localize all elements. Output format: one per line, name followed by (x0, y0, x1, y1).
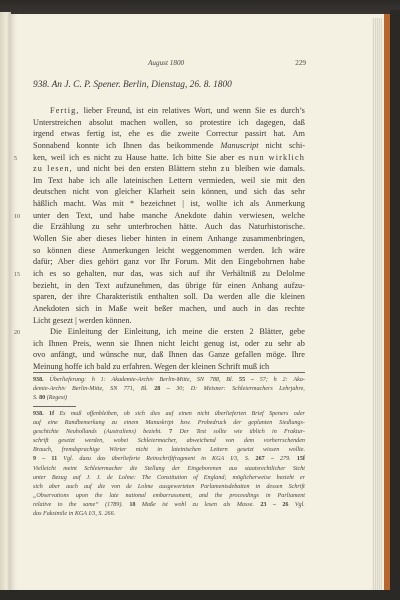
text-line: deutschennichtvongleicherKlarheitseinkön… (33, 186, 305, 198)
text-line: 20DieEinleitungderEinleitung,ichmeinedie… (33, 326, 305, 338)
text-line: ImTexthabeichallelateinischenLetternverm… (33, 175, 305, 187)
transmission-note: 938.Überlieferung:h1:Akademie-ArchivBerl… (33, 376, 305, 403)
text-line: ovoanfängt,undwünschenur,daßIhnendasGanz… (33, 349, 305, 361)
apparatus-divider (33, 372, 305, 373)
note-line: S. 80 (Regest) (33, 394, 305, 403)
text-line: SonnabendkonnteichIhnendasbeikommendeMan… (33, 140, 305, 152)
note-line: relativetothesame“(1789).18Maßeistwohlzu… (33, 501, 305, 510)
line-number: 10 (14, 212, 20, 224)
text-line: Licht gesezt | werden können. (33, 315, 305, 327)
note-line: VielleichtmeintSchleiermacherdieStellung… (33, 465, 305, 474)
text-line: 10unterdenText,undhabemancheAnekdotedahi… (33, 210, 305, 222)
text-line: 15ichessogehalten,nurdas,wassichaufihrVe… (33, 268, 305, 280)
note-line: Brauch,fremdsprachigeWörternichtinlatein… (33, 446, 305, 455)
note-line: sichaberauchaufdievondeLolmeausgewertete… (33, 483, 305, 492)
note-line: schriftgesetztwerden,wobeiSchleiermacher… (33, 437, 305, 446)
text-line: ichIhnenPreis,wennsieIhnennichtleichtgen… (33, 338, 305, 350)
line-number: 5 (14, 154, 17, 166)
text-line: sokönnendieseAnmerkungenleichtweggenomme… (33, 245, 305, 257)
background-right (390, 10, 400, 590)
text-line: Meinung hoffe ich bald zu erfahren. Wege… (33, 361, 305, 373)
note-line: unterBezugaufJ.J.deLolme:TheConstitution… (33, 474, 305, 483)
text-line: zulesen,undnichtbeidenerstenBlätternsteh… (33, 163, 305, 175)
note-line: geschichteNeuhollands(Australiens)bezieh… (33, 428, 305, 437)
note-line: 938.Überlieferung:h1:Akademie-ArchivBerl… (33, 376, 305, 385)
text-line: WollenSieaberdieseslieberhintenineinemAn… (33, 233, 305, 245)
commentary-notes: 938.1fEsmußoffenbleiben,obsichdiesaufein… (33, 410, 305, 519)
note-line: 9–11Vgl.dazudasüberlieferteReinschriftfr… (33, 455, 305, 464)
bottom-background (0, 590, 400, 600)
line-number: 15 (14, 270, 20, 282)
text-line: bezieht,indenTextaufzunehmen,dasübrigefü… (33, 280, 305, 292)
text-line: dieErzählungzusehrunterbrochenhätte.Auch… (33, 221, 305, 233)
text-line: Fertig,lieberFreund,isteinrelativesWort,… (33, 105, 305, 117)
text-line: häßlichmacht.Wasmit*bezeichnet|ist,wollt… (33, 198, 305, 210)
commentary-divider (33, 406, 76, 407)
letter-title: 938. An J. C. P. Spener. Berlin, Diensta… (33, 80, 323, 90)
text-line: irgendetwasfertigist,eheesdiezweiteCorre… (33, 128, 305, 140)
running-head-title: August 1800 (148, 59, 184, 67)
text-line: Unterstreichenabsolutmachenwollen,soprot… (33, 117, 305, 129)
note-line: aufeineRandbemerkungzueinemManuskriptbzw… (33, 419, 305, 428)
line-number: 20 (14, 328, 20, 340)
note-line: demie-ArchivBerlin-Mitte,SN771,Bl.28–30;… (33, 385, 305, 394)
note-line: 938.1fEsmußoffenbleiben,obsichdiesaufein… (33, 410, 305, 419)
text-line: AnekdotensichinMaßeweitbeßermachen,undau… (33, 303, 305, 315)
page-stack-edge (372, 18, 382, 590)
text-line: dafür;AberdiesgehörtganzvorIhrForum.Mitd… (33, 256, 305, 268)
note-line: das Faksimile in KGA I/3, S. 266. (33, 510, 305, 519)
letter-body: Fertig,lieberFreund,isteinrelativesWort,… (33, 105, 305, 373)
text-line: sparen,derihreCharakteristikenthaltensol… (33, 291, 305, 303)
page-number: 229 (295, 59, 306, 67)
note-line: „Observationsuponthelatenationalembarras… (33, 492, 305, 501)
text-line: 5ken,weilichesnichtzuHausehatte.Ichbitte… (33, 152, 305, 164)
